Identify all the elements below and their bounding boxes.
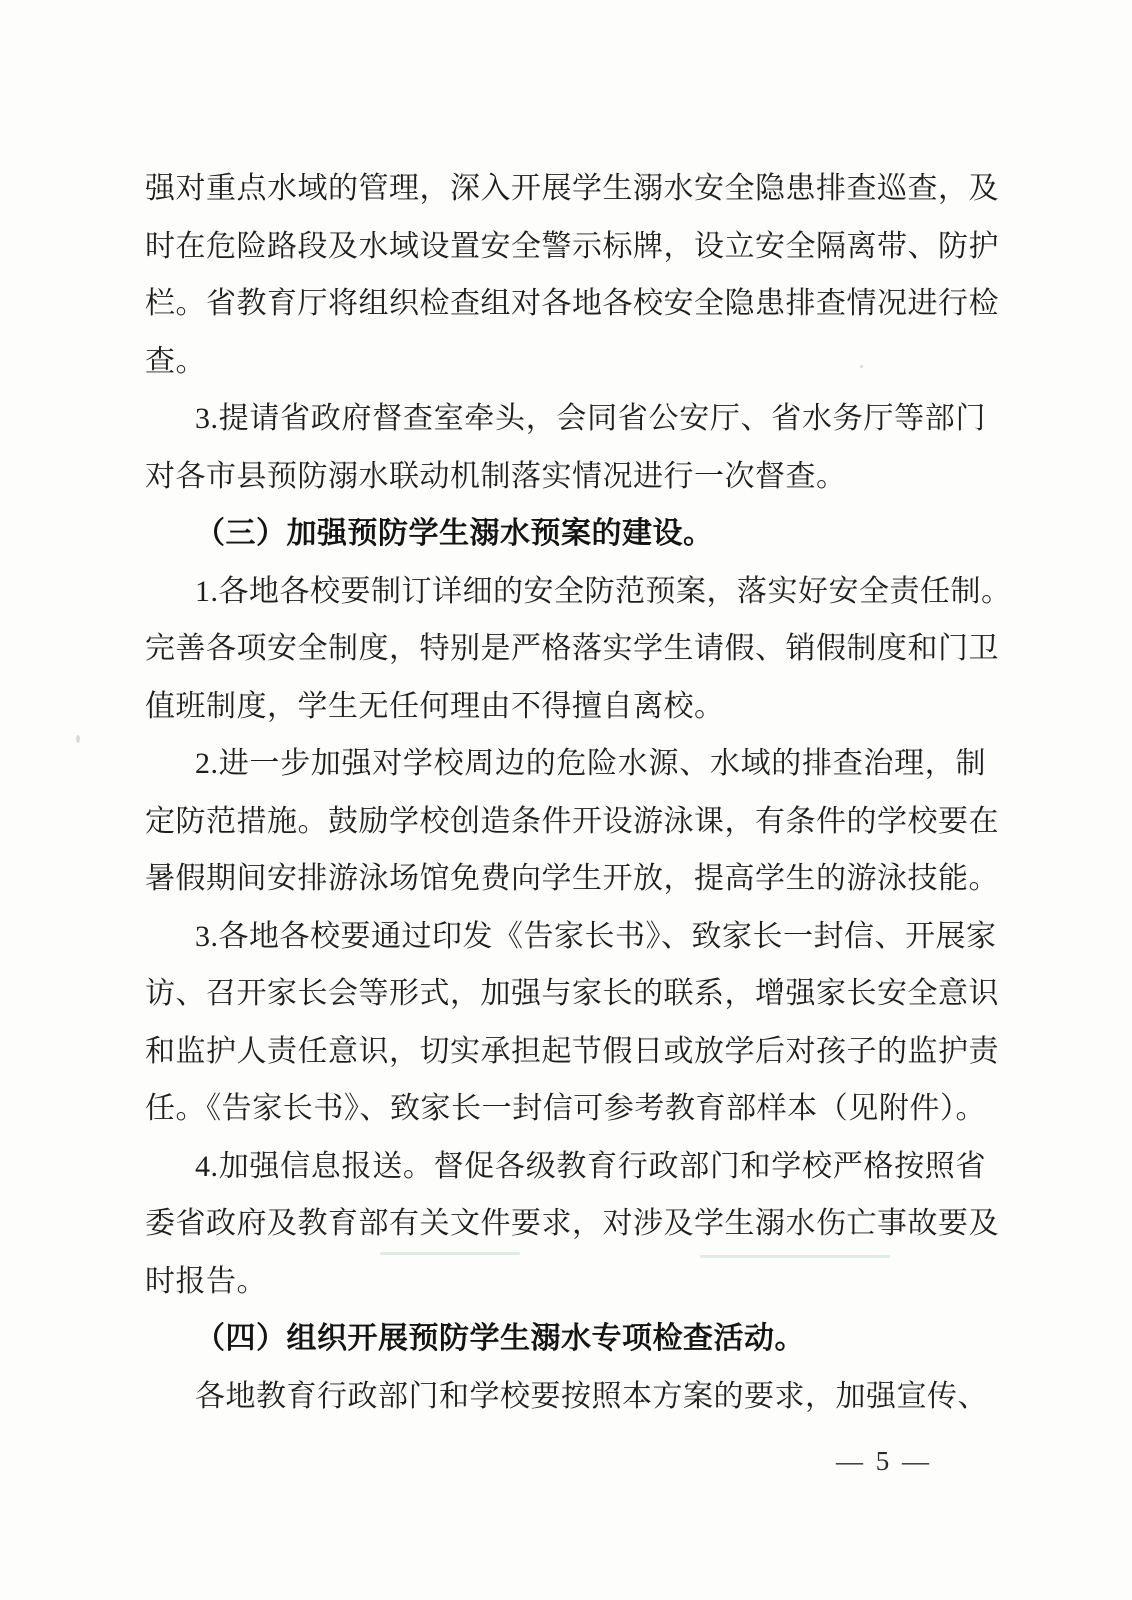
- document-page: 强对重点水域的管理，深入开展学生溺水安全隐患排查巡查，及时在危险路段及水域设置安…: [0, 0, 1132, 1600]
- text-line: 强对重点水域的管理，深入开展学生溺水安全隐患排查巡查，及: [145, 160, 986, 218]
- text-line: 访、召开家长会等形式，加强与家长的联系，增强家长安全意识: [145, 965, 986, 1023]
- text-line: 完善各项安全制度，特别是严格落实学生请假、销假制度和门卫: [145, 620, 986, 678]
- text-line: 任。《告家长书》、致家长一封信可参考教育部样本（见附件）。: [145, 1080, 986, 1138]
- text-line: 值班制度，学生无任何理由不得擅自离校。: [145, 678, 986, 736]
- text-line: 1.各地各校要制订详细的安全防范预案，落实好安全责任制。: [145, 563, 986, 621]
- text-line: 暑假期间安排游泳场馆免费向学生开放，提高学生的游泳技能。: [145, 850, 986, 908]
- text-line: 时在危险路段及水域设置安全警示标牌，设立安全隔离带、防护: [145, 218, 986, 276]
- text-line: 4.加强信息报送。督促各级教育行政部门和学校严格按照省: [145, 1138, 986, 1196]
- text-line: 3.提请省政府督查室牵头，会同省公安厅、省水务厅等部门: [145, 390, 986, 448]
- text-line: 和监护人责任意识，切实承担起节假日或放学后对孩子的监护责: [145, 1023, 986, 1081]
- text-line: 定防范措施。鼓励学校创造条件开设游泳课，有条件的学校要在: [145, 793, 986, 851]
- text-line: 2.进一步加强对学校周边的危险水源、水域的排查治理，制: [145, 735, 986, 793]
- text-line: 3.各地各校要通过印发《告家长书》、致家长一封信、开展家: [145, 908, 986, 966]
- document-body: 强对重点水域的管理，深入开展学生溺水安全隐患排查巡查，及时在危险路段及水域设置安…: [145, 160, 986, 1425]
- section-heading: （四）组织开展预防学生溺水专项检查活动。: [145, 1310, 986, 1368]
- text-line: 栏。省教育厅将组织检查组对各地各校安全隐患排查情况进行检: [145, 275, 986, 333]
- text-line: 时报告。: [145, 1253, 986, 1311]
- text-line: 各地教育行政部门和学校要按照本方案的要求，加强宣传、: [145, 1368, 986, 1426]
- text-line: 查。: [145, 333, 986, 391]
- page-number: — 5 —: [836, 1446, 936, 1477]
- text-line: 对各市县预防溺水联动机制落实情况进行一次督查。: [145, 448, 986, 506]
- text-line: 委省政府及教育部有关文件要求，对涉及学生溺水伤亡事故要及: [145, 1195, 986, 1253]
- section-heading: （三）加强预防学生溺水预案的建设。: [145, 505, 986, 563]
- scan-speck: [76, 735, 80, 743]
